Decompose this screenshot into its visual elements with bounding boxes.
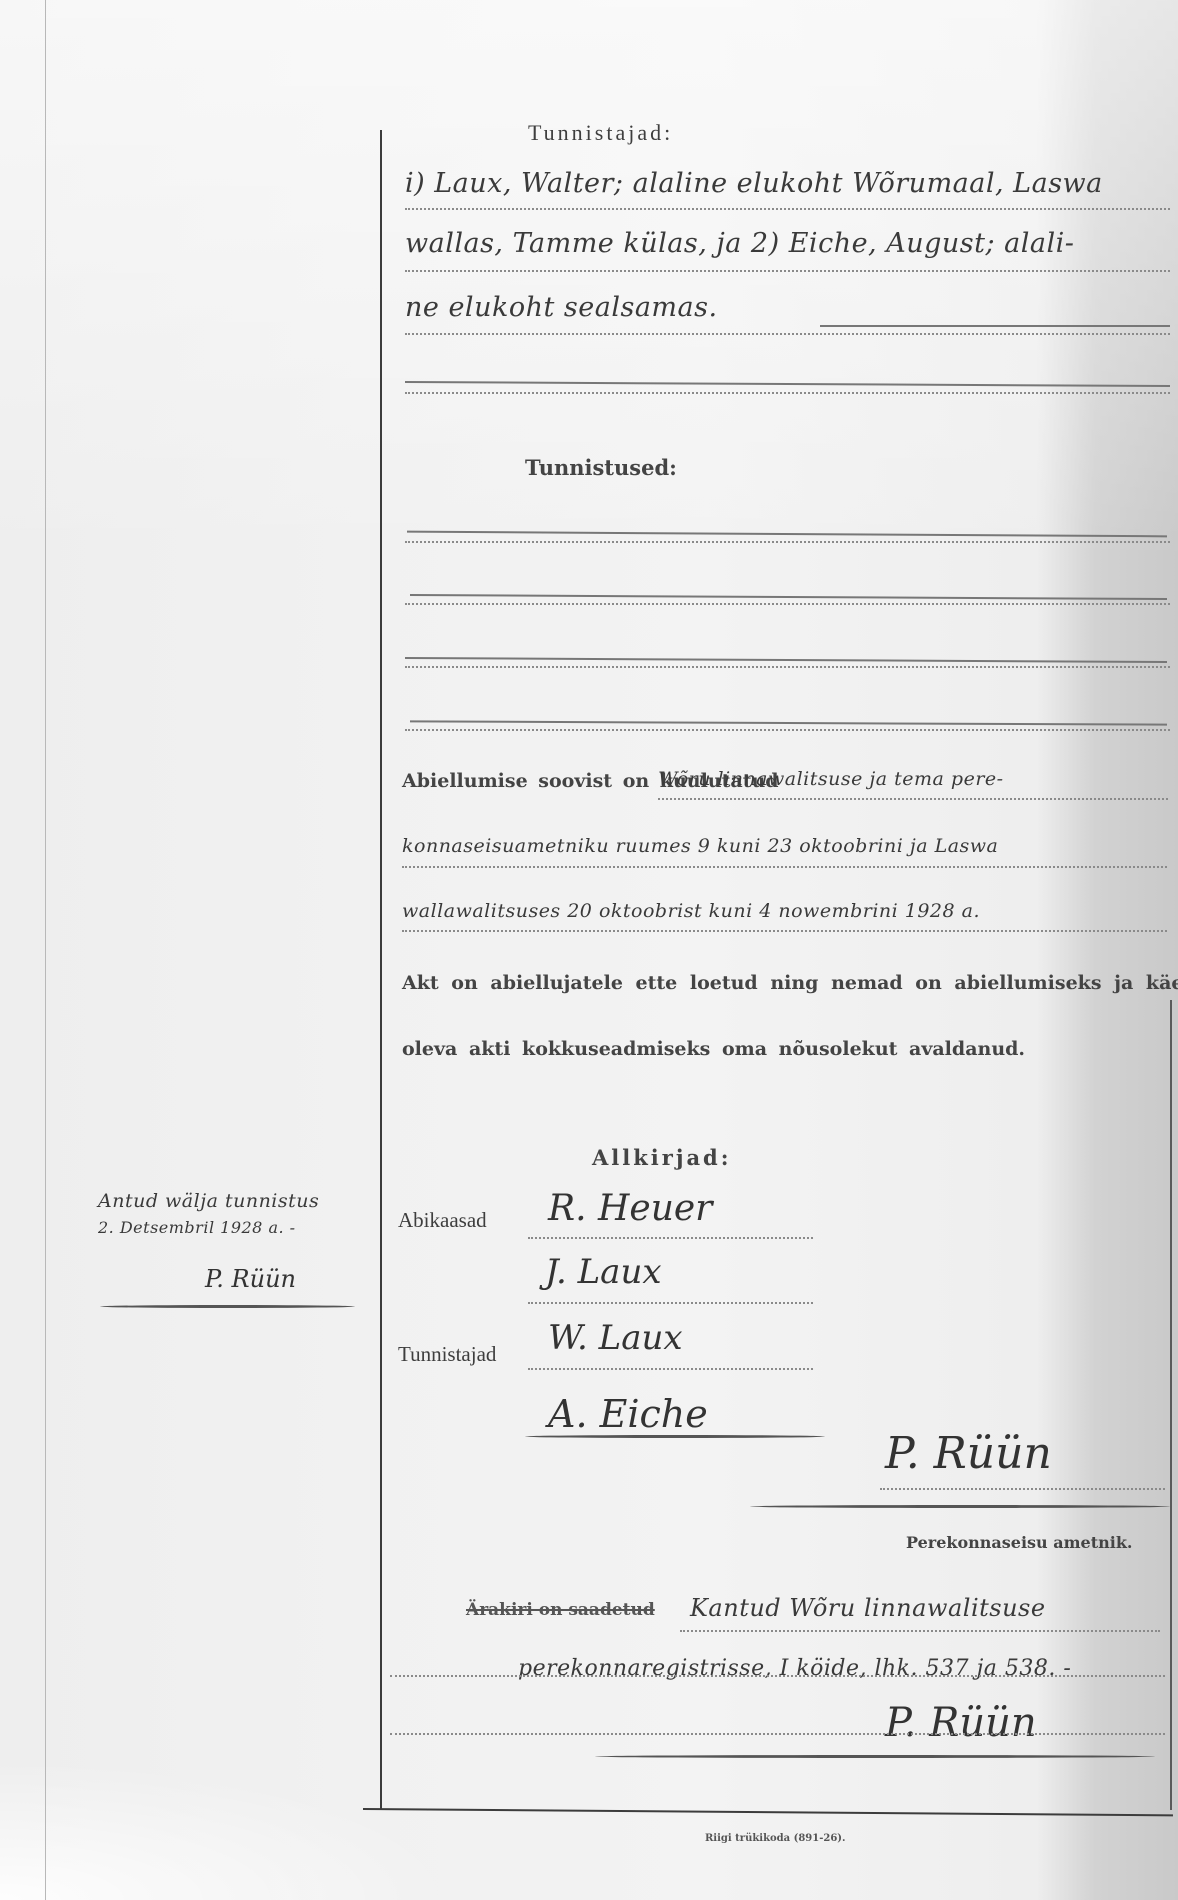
signature-line: [528, 1237, 813, 1239]
copy-sent-line-2: perekonnaregistrisse, I köide, lhk. 537 …: [518, 1656, 1071, 1681]
fill-line-stroke: [820, 325, 1170, 327]
spouses-label: Abikaasad: [398, 1208, 487, 1233]
fill-line: [390, 1675, 1165, 1677]
signature-flourish: [100, 1305, 355, 1308]
fill-line: [405, 270, 1170, 272]
signature-line: [528, 1302, 813, 1304]
blank-line-stroke: [405, 381, 1170, 387]
margin-note-signature: P. Rüün: [205, 1265, 296, 1293]
fill-line: [390, 1733, 1165, 1735]
fill-line: [405, 392, 1170, 394]
form-border-right: [1170, 1000, 1172, 1810]
official-label: Perekonnaseisu ametnik.: [906, 1533, 1133, 1552]
announcement-line-2: konnaseisuametniku ruumes 9 kuni 23 okto…: [402, 835, 998, 857]
witnesses-line-3: ne elukoht sealsamas.: [405, 292, 718, 323]
consent-line-1: Akt on abiellujatele ette loetud ning ne…: [402, 972, 1178, 994]
blank-line-stroke: [405, 657, 1167, 663]
witnesses-label: Tunnistajad: [398, 1342, 496, 1367]
printer-footer: Riigi trükikoda (891-26).: [705, 1833, 846, 1844]
copy-signature: P. Rüün: [885, 1700, 1037, 1746]
fill-line: [405, 729, 1170, 731]
fill-line: [658, 798, 1168, 800]
signature-flourish: [525, 1435, 825, 1438]
witness-signature-1: W. Laux: [548, 1318, 683, 1358]
fill-line: [402, 930, 1167, 932]
fill-line: [405, 208, 1170, 210]
fill-line: [402, 866, 1167, 868]
witnesses-header: Tunnistajad:: [528, 120, 673, 146]
signatures-header: Allkirjad:: [592, 1145, 731, 1170]
testimonies-header: Tunnistused:: [525, 455, 677, 480]
form-border-bottom: [363, 1808, 1173, 1816]
announcement-line-3: wallawalitsuses 20 oktoobrist kuni 4 now…: [402, 900, 980, 922]
fill-line: [405, 333, 1170, 335]
form-border-left: [380, 130, 382, 1810]
spouse-signature-2: J. Laux: [545, 1252, 662, 1292]
fill-line: [680, 1630, 1160, 1632]
fill-line: [405, 666, 1170, 668]
signature-line: [880, 1488, 1165, 1490]
page-margin-line: [45, 0, 46, 1900]
paper-highlight-bottom: [0, 1760, 460, 1900]
official-signature: P. Rüün: [885, 1428, 1052, 1479]
consent-line-2: oleva akti kokkuseadmiseks oma nõusoleku…: [402, 1038, 1025, 1060]
signature-line: [528, 1368, 813, 1370]
blank-line-stroke: [410, 594, 1167, 600]
witness-signature-2: A. Eiche: [548, 1392, 708, 1436]
fill-line: [405, 541, 1170, 543]
blank-line-stroke: [407, 531, 1167, 538]
blank-line-stroke: [410, 720, 1167, 725]
margin-note-line-1: Antud wälja tunnistus: [98, 1190, 319, 1212]
fill-line: [405, 603, 1170, 605]
margin-note-line-2: 2. Detsembril 1928 a. -: [98, 1218, 296, 1237]
announcement-line-1: Wõru linnawalitsuse ja tema pere-: [658, 768, 1004, 790]
signature-flourish: [595, 1755, 1155, 1758]
spouse-signature-1: R. Heuer: [548, 1188, 712, 1229]
copy-sent-label: Ärakiri on saadetud: [466, 1600, 655, 1620]
copy-sent-line-1: Kantud Wõru linnawalitsuse: [690, 1594, 1046, 1622]
signature-flourish: [750, 1505, 1170, 1508]
witnesses-line-1: i) Laux, Walter; alaline elukoht Wõrumaa…: [405, 168, 1103, 199]
witnesses-line-2: wallas, Tamme külas, ja 2) Eiche, August…: [405, 228, 1074, 259]
